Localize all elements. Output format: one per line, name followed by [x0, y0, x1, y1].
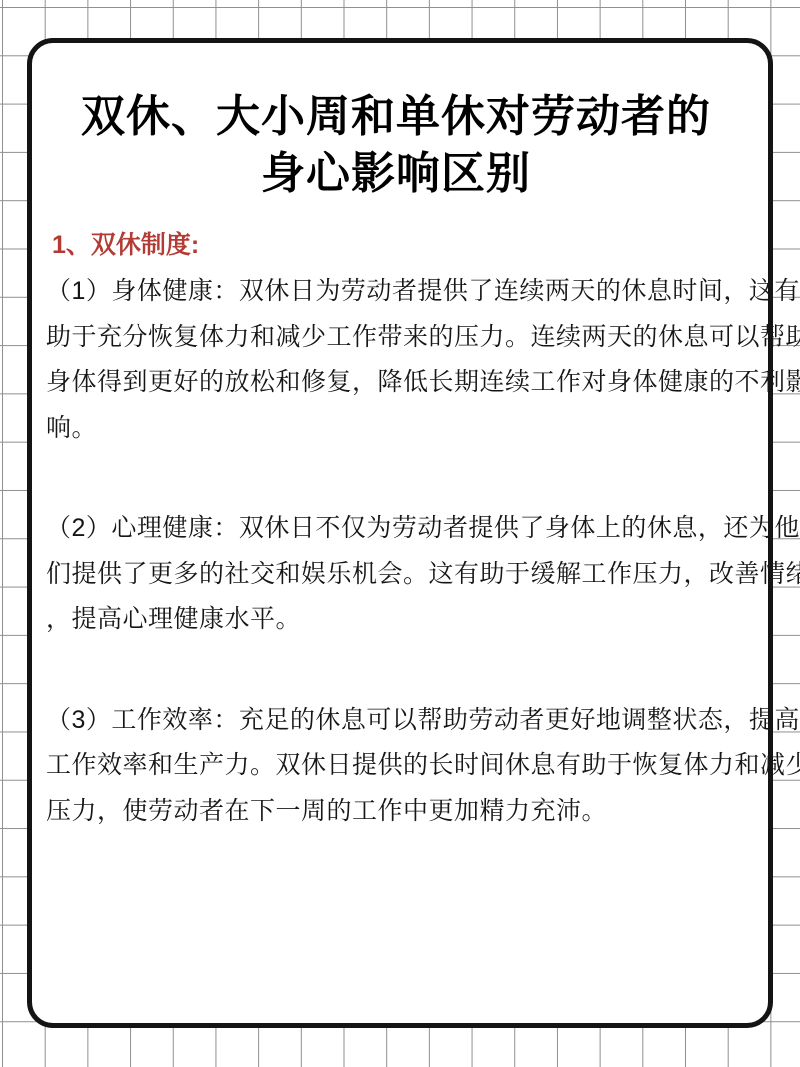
section-heading: 1、双休制度: [46, 230, 746, 260]
paragraph-line: 助于充分恢复体力和减少工作带来的压力。连续两天的休息可以帮助 [46, 315, 746, 361]
page-title-line-2: 身心影响区别 [261, 149, 531, 198]
paragraph-line: 压力，使劳动者在下一周的工作中更加精力充沛。 [46, 789, 746, 835]
paragraph-line: ，提高心理健康水平。 [46, 597, 746, 643]
paragraph-work-efficiency: （3）工作效率：充足的休息可以帮助劳动者更好地调整状态，提高 工作效率和生产力。… [46, 698, 746, 835]
paragraph-line: 工作效率和生产力。双休日提供的长时间休息有助于恢复体力和减少 [46, 743, 746, 789]
content-card: 双休、大小周和单休对劳动者的 身心影响区别 1、双休制度: （1）身体健康：双休… [27, 38, 773, 1028]
paragraph-line: （1）身体健康：双休日为劳动者提供了连续两天的休息时间，这有 [46, 269, 746, 315]
page-title: 双休、大小周和单休对劳动者的 身心影响区别 [46, 88, 746, 202]
paragraph-line: （2）心理健康：双休日不仅为劳动者提供了身体上的休息，还为他 [46, 506, 746, 552]
paragraph-line: 身体得到更好的放松和修复，降低长期连续工作对身体健康的不利影 [46, 360, 746, 406]
paragraph-mental-health: （2）心理健康：双休日不仅为劳动者提供了身体上的休息，还为他 们提供了更多的社交… [46, 506, 746, 643]
paragraph-physical-health: （1）身体健康：双休日为劳动者提供了连续两天的休息时间，这有 助于充分恢复体力和… [46, 269, 746, 451]
paragraph-line: 们提供了更多的社交和娱乐机会。这有助于缓解工作压力，改善情绪 [46, 552, 746, 598]
paragraph-line: （3）工作效率：充足的休息可以帮助劳动者更好地调整状态，提高 [46, 698, 746, 744]
page-title-line-1: 双休、大小周和单休对劳动者的 [81, 92, 711, 141]
paragraph-line: 响。 [46, 406, 746, 452]
page-background: { "document": { "title": { "line1": "双休、… [0, 0, 800, 1067]
